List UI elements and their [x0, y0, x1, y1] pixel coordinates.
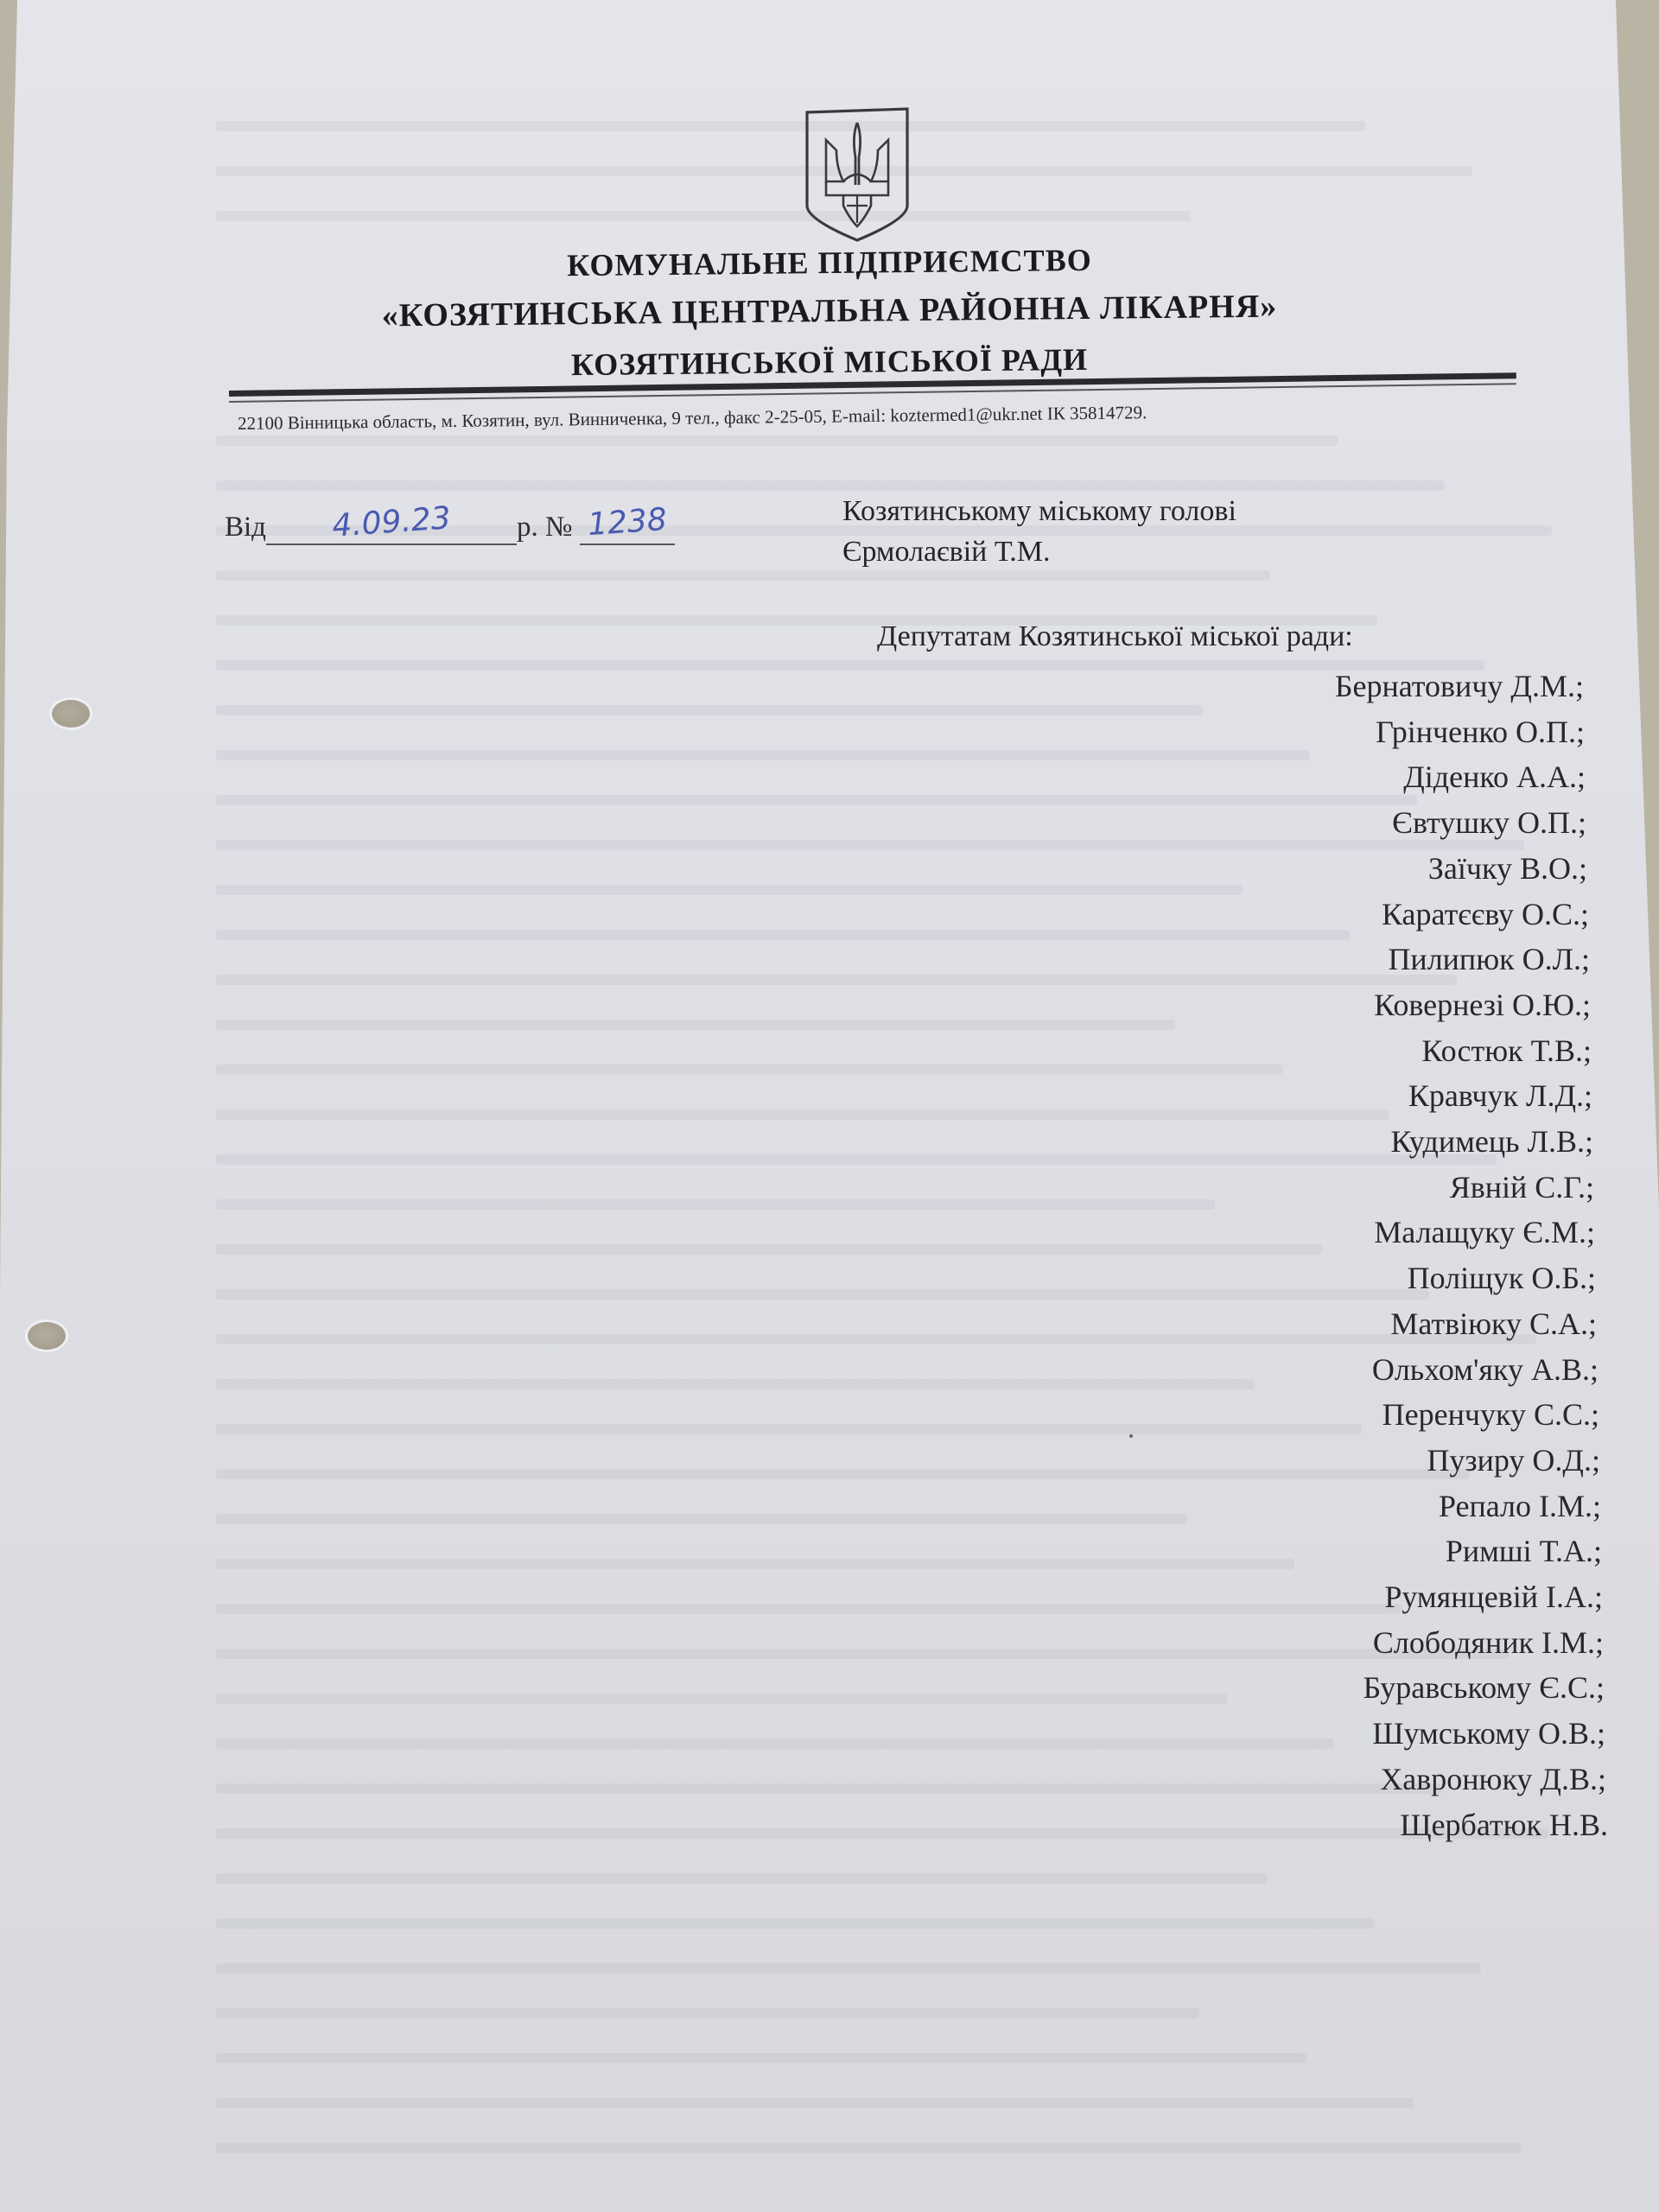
show-through-line: [216, 1154, 1497, 1165]
deputy-name: Пузиру О.Д.;: [1335, 1438, 1600, 1484]
deputy-name: Ольхом'яку А.В.;: [1335, 1347, 1599, 1393]
number-label: р. №: [517, 512, 573, 543]
paper-speck: [1129, 1434, 1133, 1438]
show-through-line: [216, 435, 1338, 446]
deputy-name: Малащуку Є.М.;: [1335, 1210, 1595, 1255]
deputies-list: Бернатовичу Д.М.;Грінченко О.П.;Діденко …: [1335, 664, 1584, 1847]
deputy-name: Ковернезі О.Ю.;: [1335, 982, 1591, 1028]
deputy-name: Репало І.М.;: [1335, 1484, 1601, 1529]
deputy-name: Перенчуку С.С.;: [1335, 1392, 1599, 1438]
deputy-name: Буравському Є.С.;: [1335, 1665, 1605, 1711]
deputy-name: Грінченко О.П.;: [1335, 709, 1585, 755]
show-through-line: [216, 2098, 1414, 2108]
deputy-name: Бернатовичу Д.М.;: [1335, 664, 1584, 709]
show-through-line: [216, 1873, 1267, 1884]
org-name-line-3: КОЗЯТИНСЬКОЇ МІСЬКОЇ РАДИ: [0, 335, 1659, 389]
handwritten-number: 1238: [587, 502, 668, 543]
deputy-name: Шумському О.В.;: [1335, 1711, 1605, 1757]
show-through-line: [216, 121, 1365, 131]
deputy-name: Явній С.Г.;: [1335, 1165, 1594, 1211]
show-through-line: [216, 1379, 1255, 1389]
show-through-line: [216, 975, 1457, 985]
show-through-line: [216, 1604, 1402, 1614]
addressee-name: Єрмолаєвій Т.М.: [842, 536, 1050, 569]
show-through-line: [216, 2143, 1521, 2153]
date-field: 4.09.23: [266, 512, 517, 545]
deputy-name: Поліщук О.Б.;: [1335, 1255, 1596, 1301]
show-through-line: [216, 1289, 1429, 1300]
deputy-name: Каратєєву О.С.;: [1335, 892, 1589, 938]
punch-hole: [28, 1322, 66, 1350]
show-through-line: [216, 211, 1191, 221]
punch-hole: [52, 700, 90, 728]
deputy-name: Слободяник І.М.;: [1335, 1620, 1604, 1666]
show-through-line: [216, 1065, 1282, 1075]
from-label: Від: [225, 512, 266, 543]
show-through-line: [216, 1649, 1509, 1659]
reference-line: Від4.09.23 р. № 1238: [225, 512, 675, 545]
show-through-line: [216, 1738, 1334, 1749]
show-through-line: [216, 2053, 1306, 2063]
show-through-line: [216, 705, 1203, 715]
addressee-title: Козятинському міському голові: [842, 495, 1236, 528]
deputy-name: Матвіюку С.А.;: [1335, 1301, 1597, 1347]
deputies-heading: Депутатам Козятинської міської ради:: [877, 620, 1353, 653]
show-through-line: [216, 1514, 1187, 1524]
deputy-name: Пилипюк О.Л.;: [1335, 937, 1590, 982]
deputy-name: Румянцевій І.А.;: [1335, 1574, 1603, 1620]
contact-info: 22100 Вінницька область, м. Козятин, вул…: [238, 402, 1147, 435]
deputy-name: Щербатюк Н.В.: [1335, 1802, 1608, 1848]
deputy-name: Заїчку В.О.;: [1335, 846, 1587, 892]
show-through-line: [216, 1694, 1227, 1704]
show-through-line: [216, 1199, 1215, 1210]
show-through-line: [216, 885, 1243, 895]
show-through-line: [216, 1109, 1389, 1120]
deputy-name: Хавронюку Д.В.;: [1335, 1757, 1606, 1802]
show-through-line: [216, 570, 1270, 581]
show-through-line: [216, 1469, 1469, 1479]
show-through-line: [216, 840, 1524, 850]
show-through-line: [216, 1918, 1374, 1929]
show-through-line: [216, 1020, 1175, 1030]
show-through-line: [216, 1963, 1481, 1974]
show-through-line: [216, 795, 1417, 805]
show-through-line: [216, 660, 1484, 671]
show-through-line: [216, 1244, 1322, 1255]
deputy-name: Діденко А.А.;: [1335, 754, 1586, 800]
coat-of-arms-of-ukraine-icon: [802, 105, 912, 244]
number-field: 1238: [580, 512, 675, 545]
org-name-line-1: КОМУНАЛЬНЕ ПІДПРИЄМСТВО: [0, 236, 1659, 289]
show-through-line: [216, 930, 1350, 940]
deputy-name: Кравчук Л.Д.;: [1335, 1073, 1592, 1119]
deputy-name: Римші Т.А.;: [1335, 1529, 1602, 1574]
handwritten-date: 4.09.23: [331, 500, 452, 543]
deputy-name: Костюк Т.В.;: [1335, 1028, 1592, 1074]
org-name-line-2: «КОЗЯТИНСЬКА ЦЕНТРАЛЬНА РАЙОННА ЛІКАРНЯ»: [0, 283, 1659, 339]
paper-sheet: КОМУНАЛЬНЕ ПІДПРИЄМСТВО «КОЗЯТИНСЬКА ЦЕН…: [0, 0, 1659, 2212]
show-through-line: [216, 2008, 1199, 2018]
show-through-line: [216, 1559, 1294, 1569]
deputy-name: Євтушку О.П.;: [1335, 800, 1586, 846]
show-through-line: [216, 1783, 1441, 1794]
show-through-line: [216, 1424, 1362, 1434]
show-through-line: [216, 480, 1445, 491]
show-through-line: [216, 750, 1310, 760]
deputy-name: Кудимець Л.В.;: [1335, 1119, 1593, 1165]
